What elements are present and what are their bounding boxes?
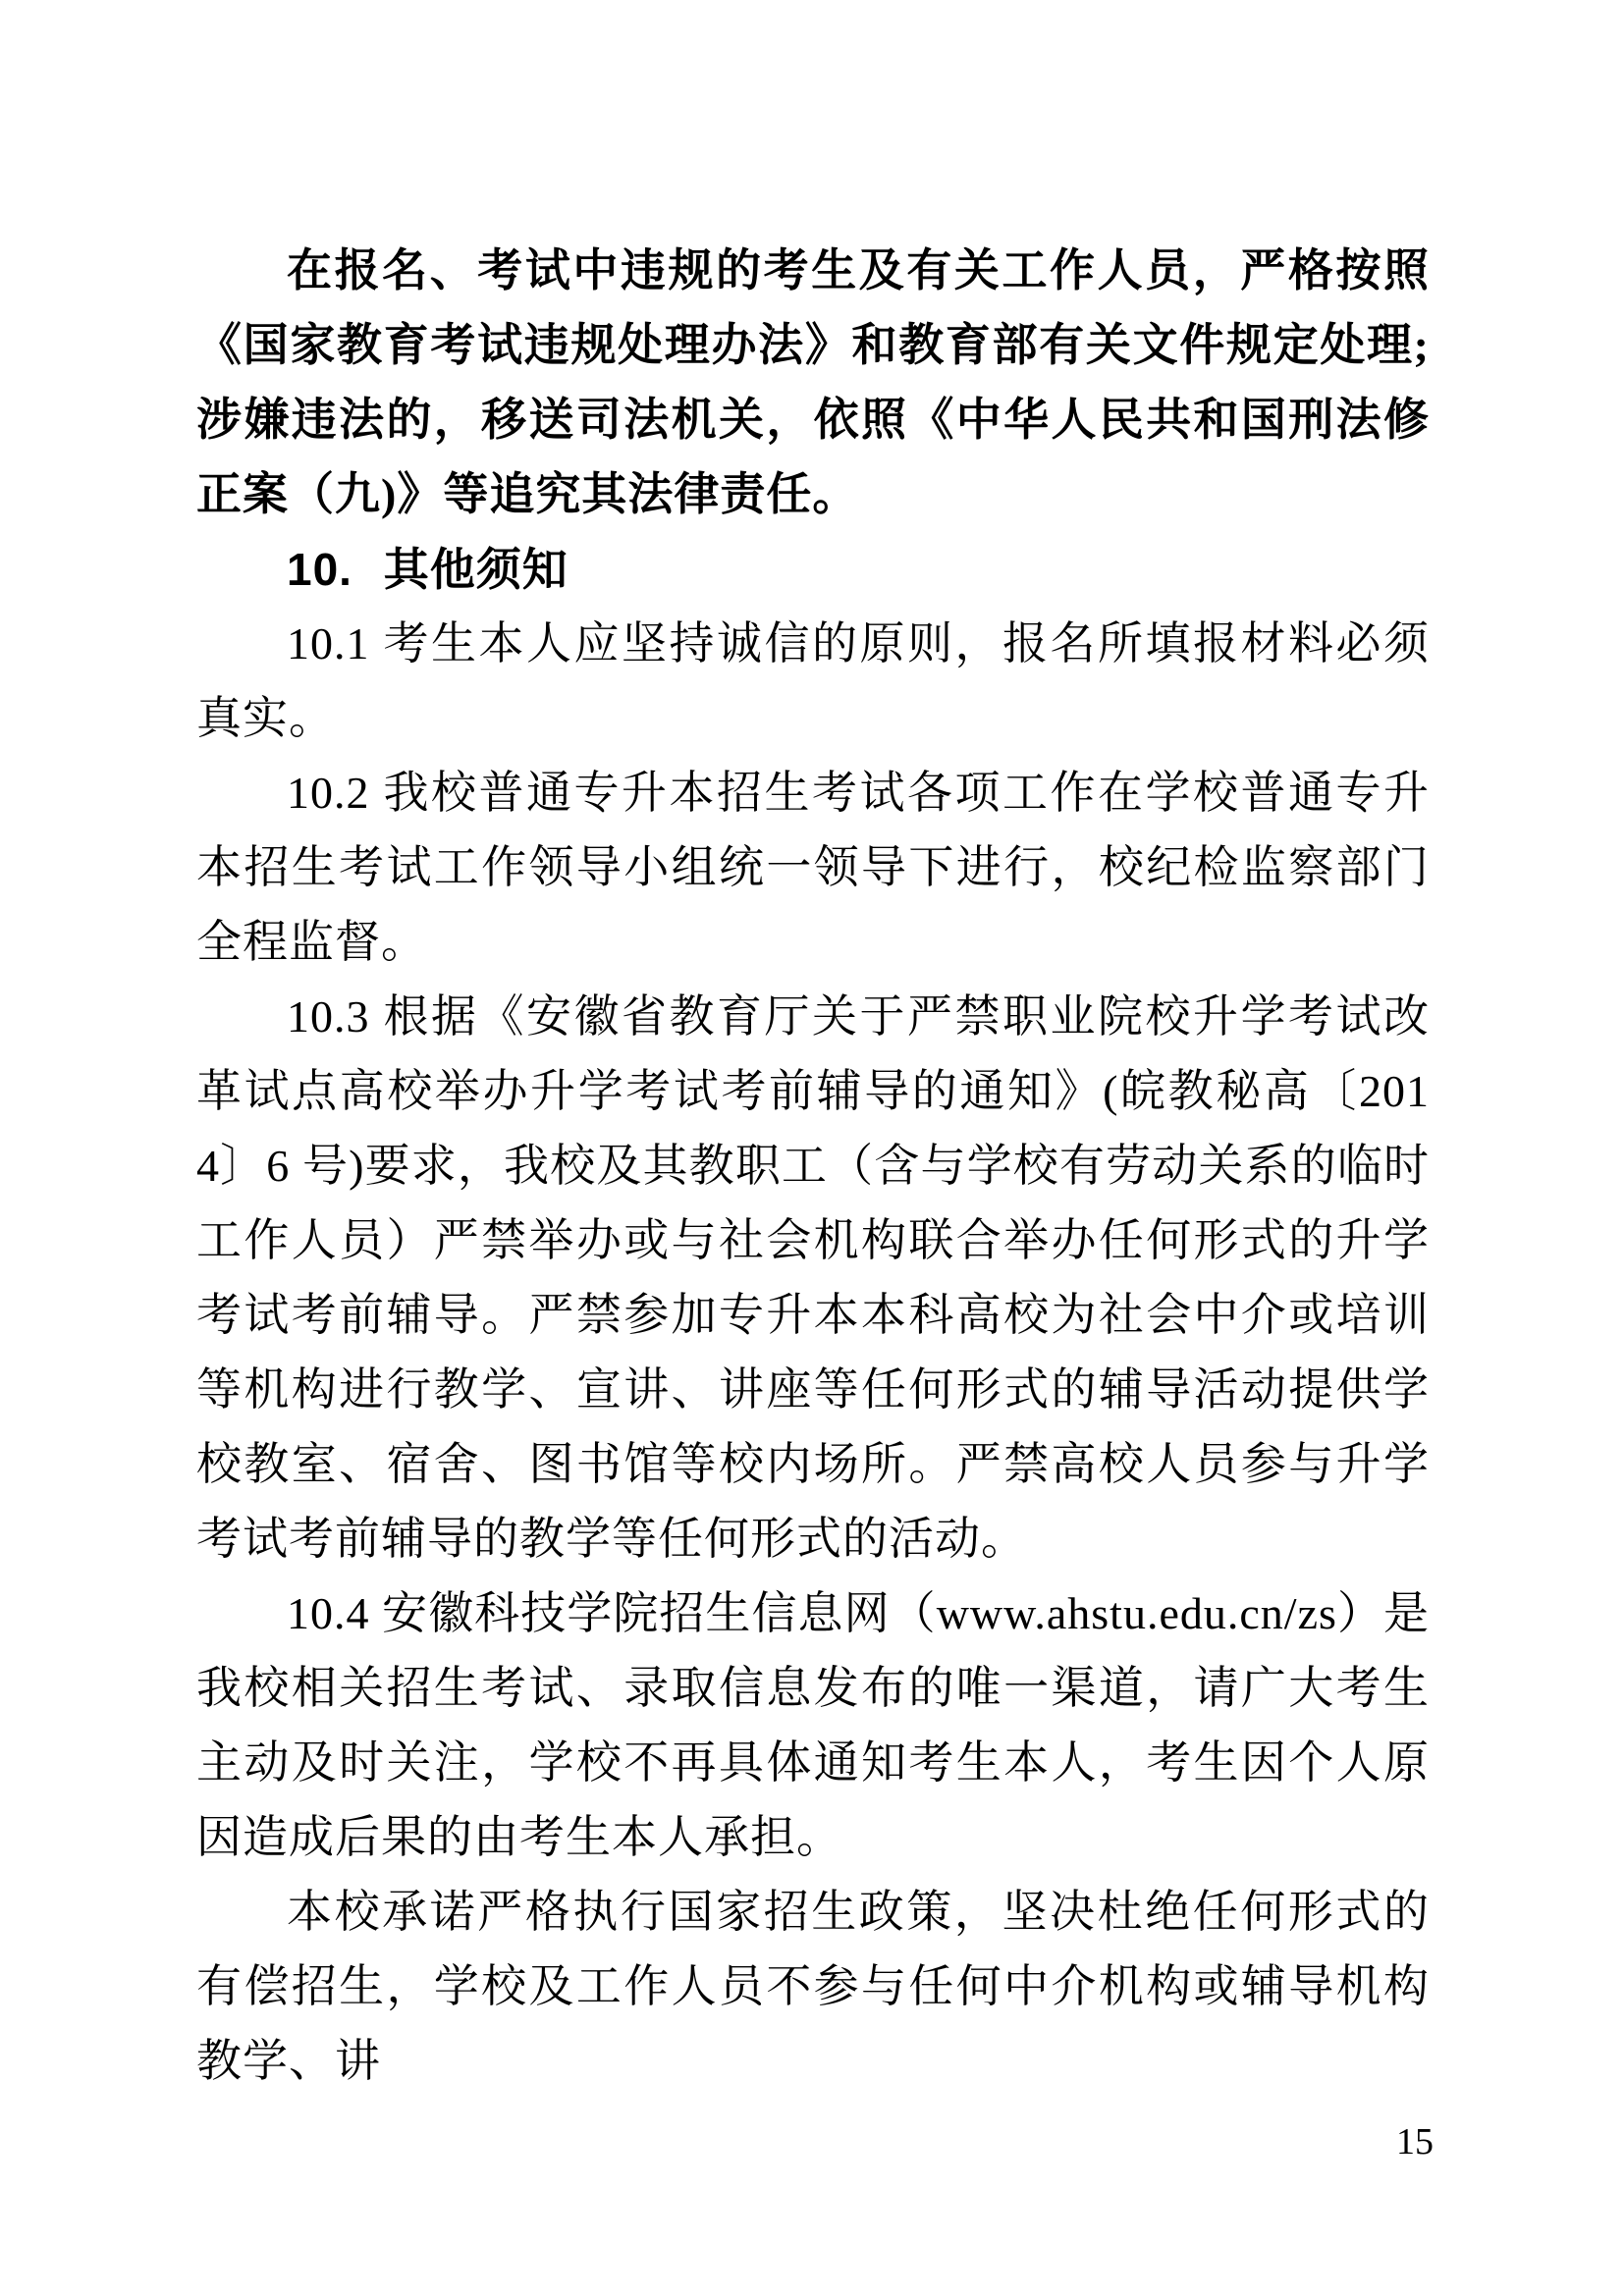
- paragraph-10-2-leadership: 10.2 我校普通专升本招生考试各项工作在学校普通专升本招生考试工作领导小组统一…: [196, 756, 1430, 980]
- paragraph-school-commitment: 本校承诺严格执行国家招生政策，坚决杜绝任何形式的有偿招生，学校及工作人员不参与任…: [196, 1875, 1430, 2099]
- page-number: 15: [1396, 2118, 1434, 2165]
- paragraph-10-3-tutoring-ban: 10.3 根据《安徽省教育厅关于严禁职业院校升学考试改革试点高校举办升学考试考前…: [196, 980, 1430, 1576]
- paragraph-10-4-admissions-website: 10.4 安徽科技学院招生信息网（www.ahstu.edu.cn/zs）是我校…: [196, 1576, 1430, 1875]
- paragraph-10-1-integrity: 10.1 考生本人应坚持诚信的原则，报名所填报材料必须真实。: [196, 607, 1430, 756]
- page-body-text: 在报名、考试中违规的考生及有关工作人员，严格按照《国家教育考试违规处理办法》和教…: [196, 234, 1430, 2099]
- paragraph-violation-penalty: 在报名、考试中违规的考生及有关工作人员，严格按照《国家教育考试违规处理办法》和教…: [196, 234, 1430, 532]
- section-heading-other-notes: 10. 其他须知: [196, 532, 1430, 607]
- document-page: 在报名、考试中违规的考生及有关工作人员，严格按照《国家教育考试违规处理办法》和教…: [0, 0, 1624, 2296]
